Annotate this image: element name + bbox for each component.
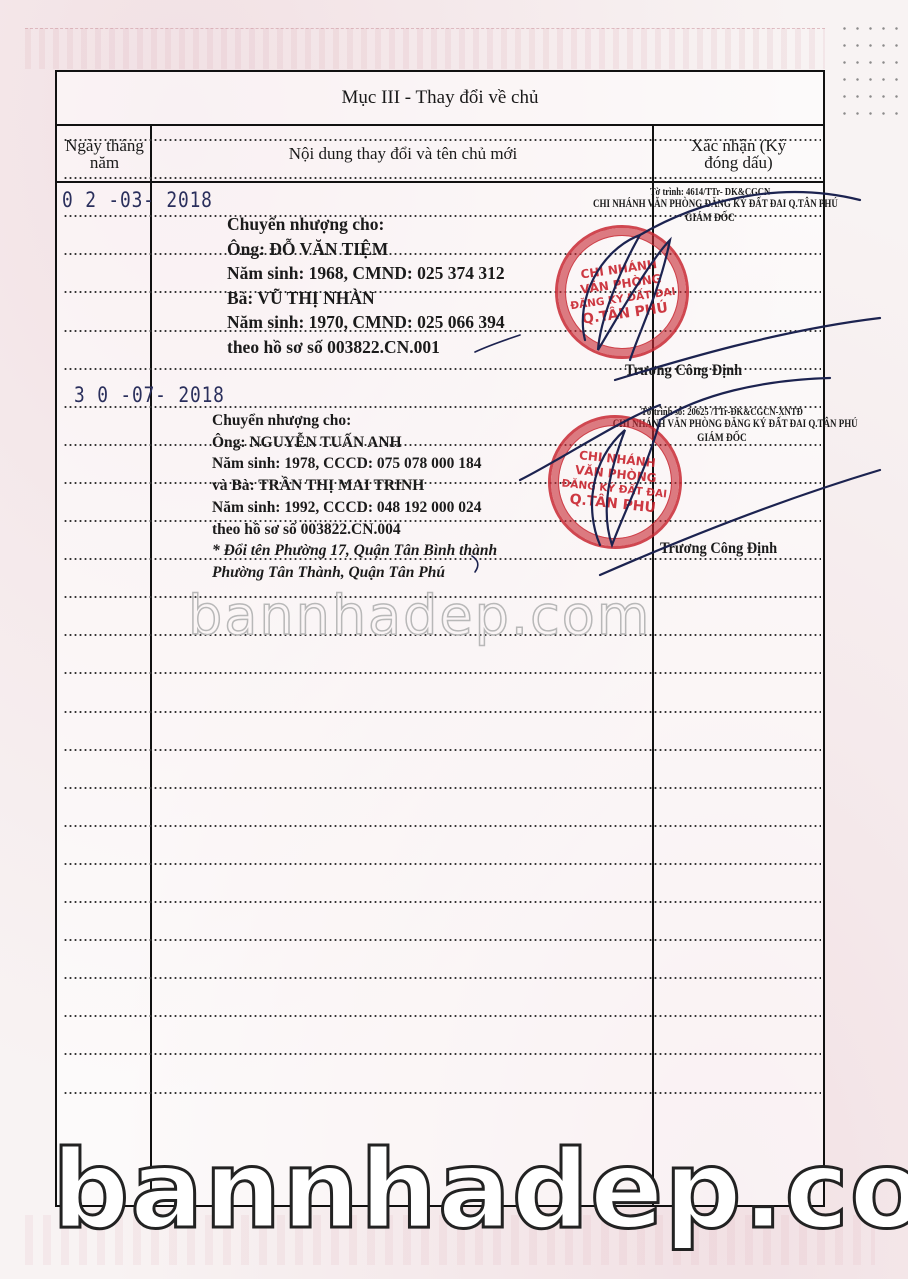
entry-1-lines: Chuyển nhượng cho: Ông: ĐỖ VĂN TIỆM Năm … — [227, 212, 505, 359]
entry-date-1: 0 2 -03- 2018 — [62, 188, 213, 212]
entry-line-owner-1-id: Năm sinh: 1968, CMND: 025 374 312 — [227, 261, 505, 286]
signer-name-1: Trương Công Định — [625, 362, 742, 380]
dotted-rule — [63, 939, 821, 941]
entry-line-file-number: theo hồ sơ số 003822.CN.004 — [212, 519, 497, 541]
dotted-rule — [63, 901, 821, 903]
column-divider-1 — [150, 126, 152, 1205]
entry-line-owner-1: Ông: NGUYỄN TUẤN ANH — [212, 432, 497, 454]
entry-line-owner-1: Ông: ĐỖ VĂN TIỆM — [227, 237, 505, 262]
dotted-rule — [63, 787, 821, 789]
confirmation-block-1: Tờ trình: 4614/TTr- DK&CGCN CHI NHÁNH VĂ… — [593, 186, 827, 225]
watermark-middle: bannhadep.com — [188, 584, 651, 647]
entry-line-owner-1-id: Năm sinh: 1978, CCCD: 075 078 000 184 — [212, 453, 497, 475]
entry-line-owner-2: và Bà: TRẦN THỊ MAI TRINH — [212, 475, 497, 497]
entry-date-2: 3 0 -07- 2018 — [74, 383, 225, 407]
dotted-rule — [63, 977, 821, 979]
dotted-rule — [63, 1015, 821, 1017]
entry-note-line-1: * Đổi tên Phường 17, Quận Tân Bình thành — [212, 540, 497, 562]
confirmation-title: GIÁM ĐỐC — [593, 210, 827, 225]
decorative-border-top — [25, 28, 825, 69]
dotted-rule — [63, 749, 821, 751]
entry-line-file-number: theo hồ sơ số 003822.CN.001 — [227, 335, 505, 360]
signer-name-2: Trương Công Định — [660, 540, 777, 558]
entry-line-transfer: Chuyển nhượng cho: — [212, 410, 497, 432]
confirmation-ref: Tờ trình số: 20625 /TTr-ĐK&CGCN-XNTĐ — [613, 406, 831, 418]
dotted-rule — [63, 825, 821, 827]
seal-ring — [558, 228, 687, 357]
entry-line-owner-2-id: Năm sinh: 1970, CMND: 025 066 394 — [227, 310, 505, 335]
entry-line-owner-2-id: Năm sinh: 1992, CCCD: 048 192 000 024 — [212, 497, 497, 519]
column-header-date: Ngày tháng năm — [57, 126, 152, 183]
scan-specks — [838, 20, 898, 120]
confirmation-ref: Tờ trình: 4614/TTr- DK&CGCN — [593, 186, 827, 198]
confirmation-office: CHI NHÁNH VĂN PHÒNG ĐĂNG KÝ ĐẤT ĐAI Q.TÂ… — [593, 198, 827, 210]
entry-2-lines: Chuyển nhượng cho: Ông: NGUYỄN TUẤN ANH … — [212, 410, 497, 584]
dotted-rule — [63, 139, 821, 141]
dotted-rule — [63, 1053, 821, 1055]
dotted-rule — [63, 177, 821, 179]
section-title: Mục III - Thay đổi về chủ — [57, 72, 823, 126]
column-header-confirmation: Xác nhận (Ký đóng dấu) — [654, 126, 823, 183]
seal-ring — [552, 419, 677, 544]
watermark-bottom: bannhadep.com — [52, 1128, 908, 1253]
dotted-rule — [63, 711, 821, 713]
entry-line-owner-2: Bà: VŨ THỊ NHÀN — [227, 286, 505, 311]
entry-note-line-2: Phường Tân Thành, Quận Tân Phú — [212, 562, 497, 584]
dotted-rule — [63, 672, 821, 674]
entry-line-transfer: Chuyển nhượng cho: — [227, 212, 505, 237]
dotted-rule — [63, 1092, 821, 1094]
dotted-rule — [63, 863, 821, 865]
column-header-content: Nội dung thay đổi và tên chủ mới — [152, 126, 654, 183]
